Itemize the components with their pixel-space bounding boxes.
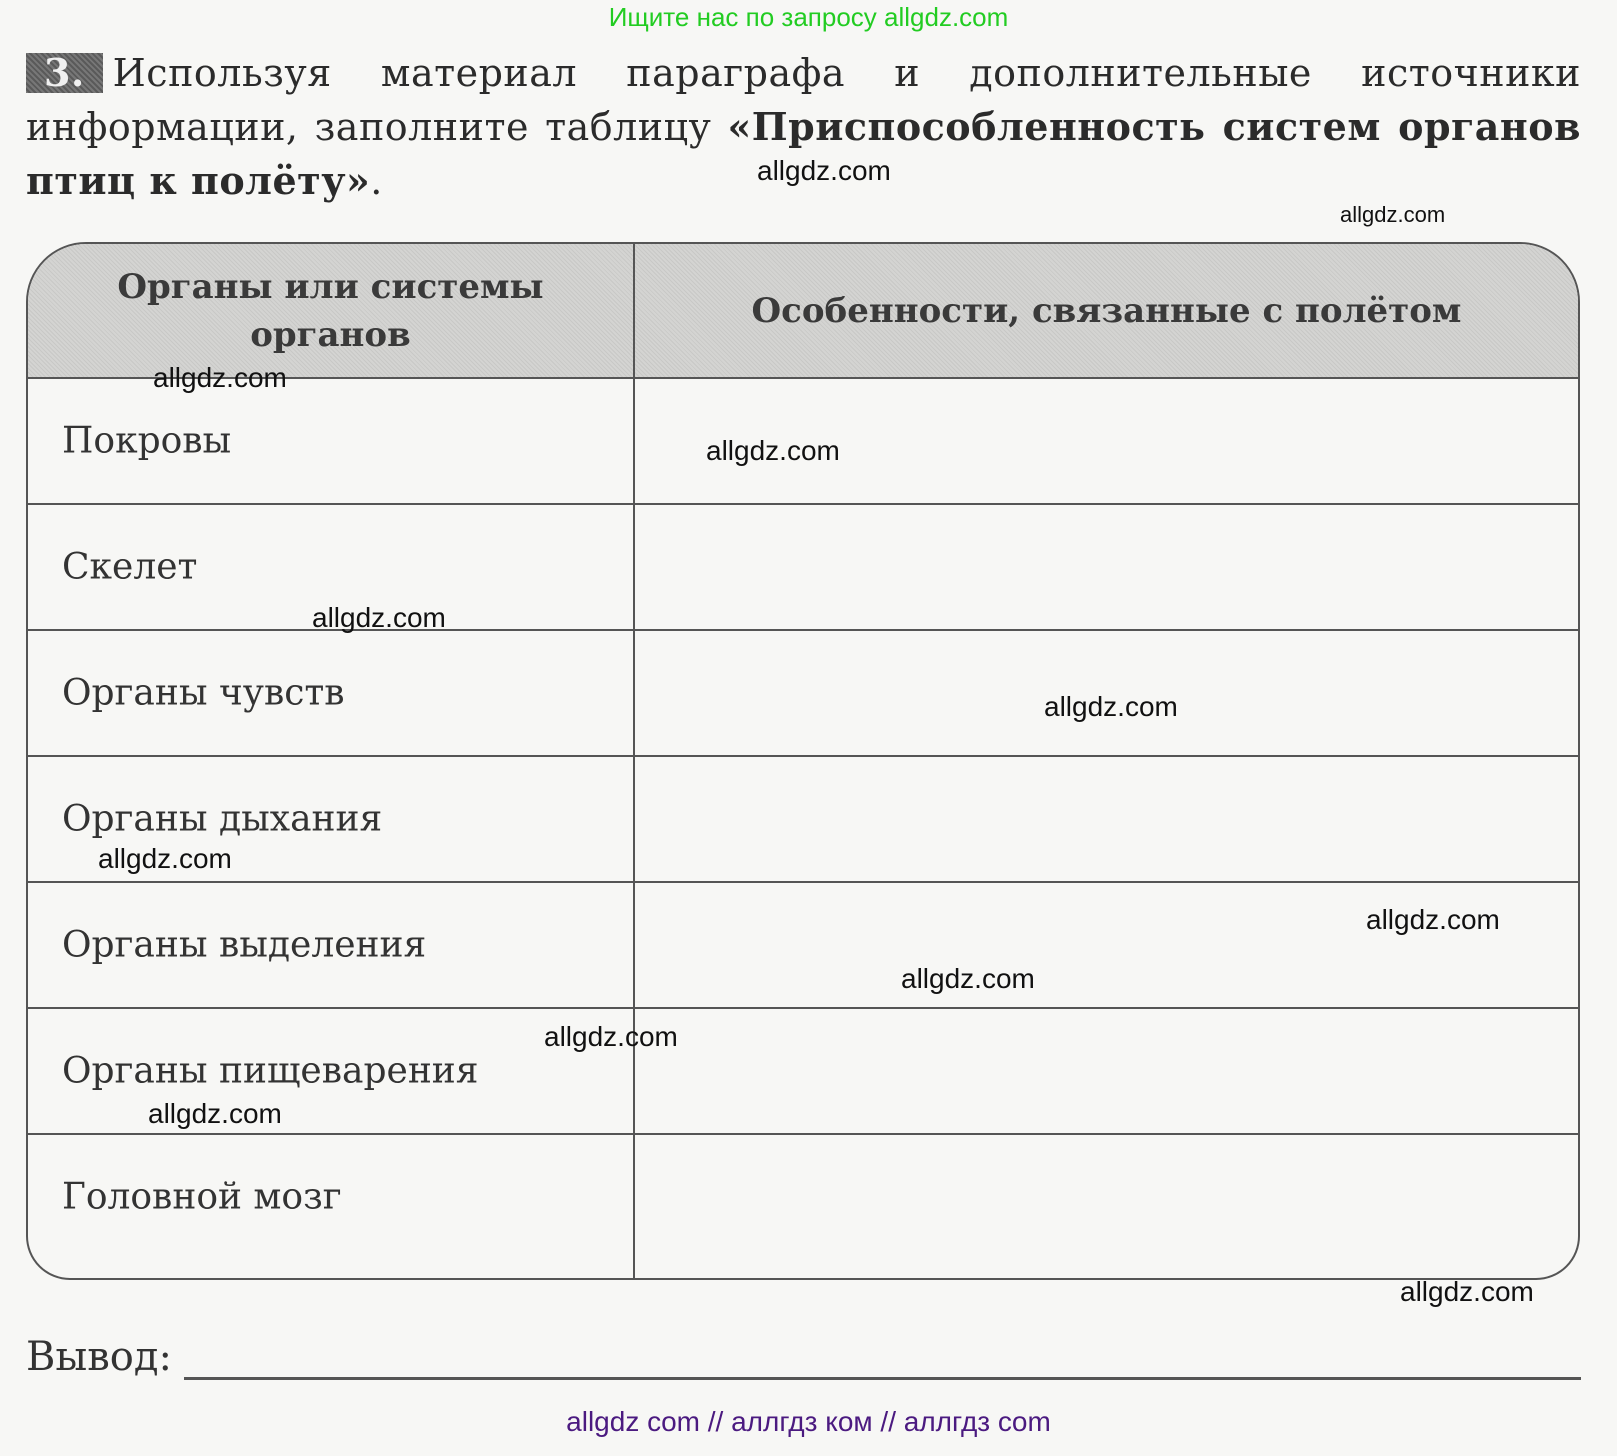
watermark: allgdz.com — [706, 435, 840, 467]
watermark: allgdz.com — [1366, 904, 1500, 936]
feature-input-cell[interactable] — [635, 1009, 1578, 1133]
feature-input-cell[interactable] — [635, 505, 1578, 629]
header-features: Особенности, связанные с полётом — [635, 244, 1578, 377]
watermark: allgdz.com — [757, 155, 891, 187]
watermark: allgdz.com — [148, 1098, 282, 1130]
table-row: Органы чувств — [28, 631, 1578, 757]
watermark-top: Ищите нас по запросу allgdz.com — [0, 2, 1617, 33]
table-header: Органы или системы органов Особенности, … — [28, 244, 1578, 379]
table-row: Органы выделения — [28, 883, 1578, 1009]
feature-input-cell[interactable] — [635, 883, 1578, 1007]
organ-label: Органы пищеварения — [62, 1051, 479, 1092]
task-period: . — [370, 159, 383, 203]
watermark: allgdz.com — [544, 1021, 678, 1053]
organ-label: Органы выделения — [62, 925, 426, 966]
feature-input-cell[interactable] — [635, 1135, 1578, 1259]
task-number-badge: 3. — [26, 53, 103, 93]
table-row: Органы дыхания — [28, 757, 1578, 883]
organ-label: Органы чувств — [62, 673, 345, 714]
watermark: allgdz.com — [901, 963, 1035, 995]
watermark: allgdz.com — [98, 843, 232, 875]
organ-label: Головной мозг — [62, 1177, 342, 1218]
feature-input-cell[interactable] — [635, 757, 1578, 881]
conclusion-label: Вывод: — [26, 1334, 172, 1380]
conclusion: Вывод: — [26, 1330, 1581, 1380]
organ-label: Органы дыхания — [62, 799, 382, 840]
watermark: allgdz.com — [312, 602, 446, 634]
watermark: allgdz.com — [153, 362, 287, 394]
header-organs: Органы или системы органов — [28, 244, 633, 377]
watermark: allgdz.com — [1044, 691, 1178, 723]
watermark: allgdz.com — [1340, 202, 1445, 228]
watermark: allgdz.com — [1400, 1276, 1534, 1308]
watermark-bottom: allgdz com // аллгдз ком // аллгдз com — [0, 1406, 1617, 1438]
table-row: Головной мозг — [28, 1135, 1578, 1259]
organ-label: Скелет — [62, 547, 197, 588]
conclusion-input-line[interactable] — [184, 1337, 1581, 1380]
organ-label: Покровы — [62, 421, 231, 462]
table-row: Скелет — [28, 505, 1578, 631]
